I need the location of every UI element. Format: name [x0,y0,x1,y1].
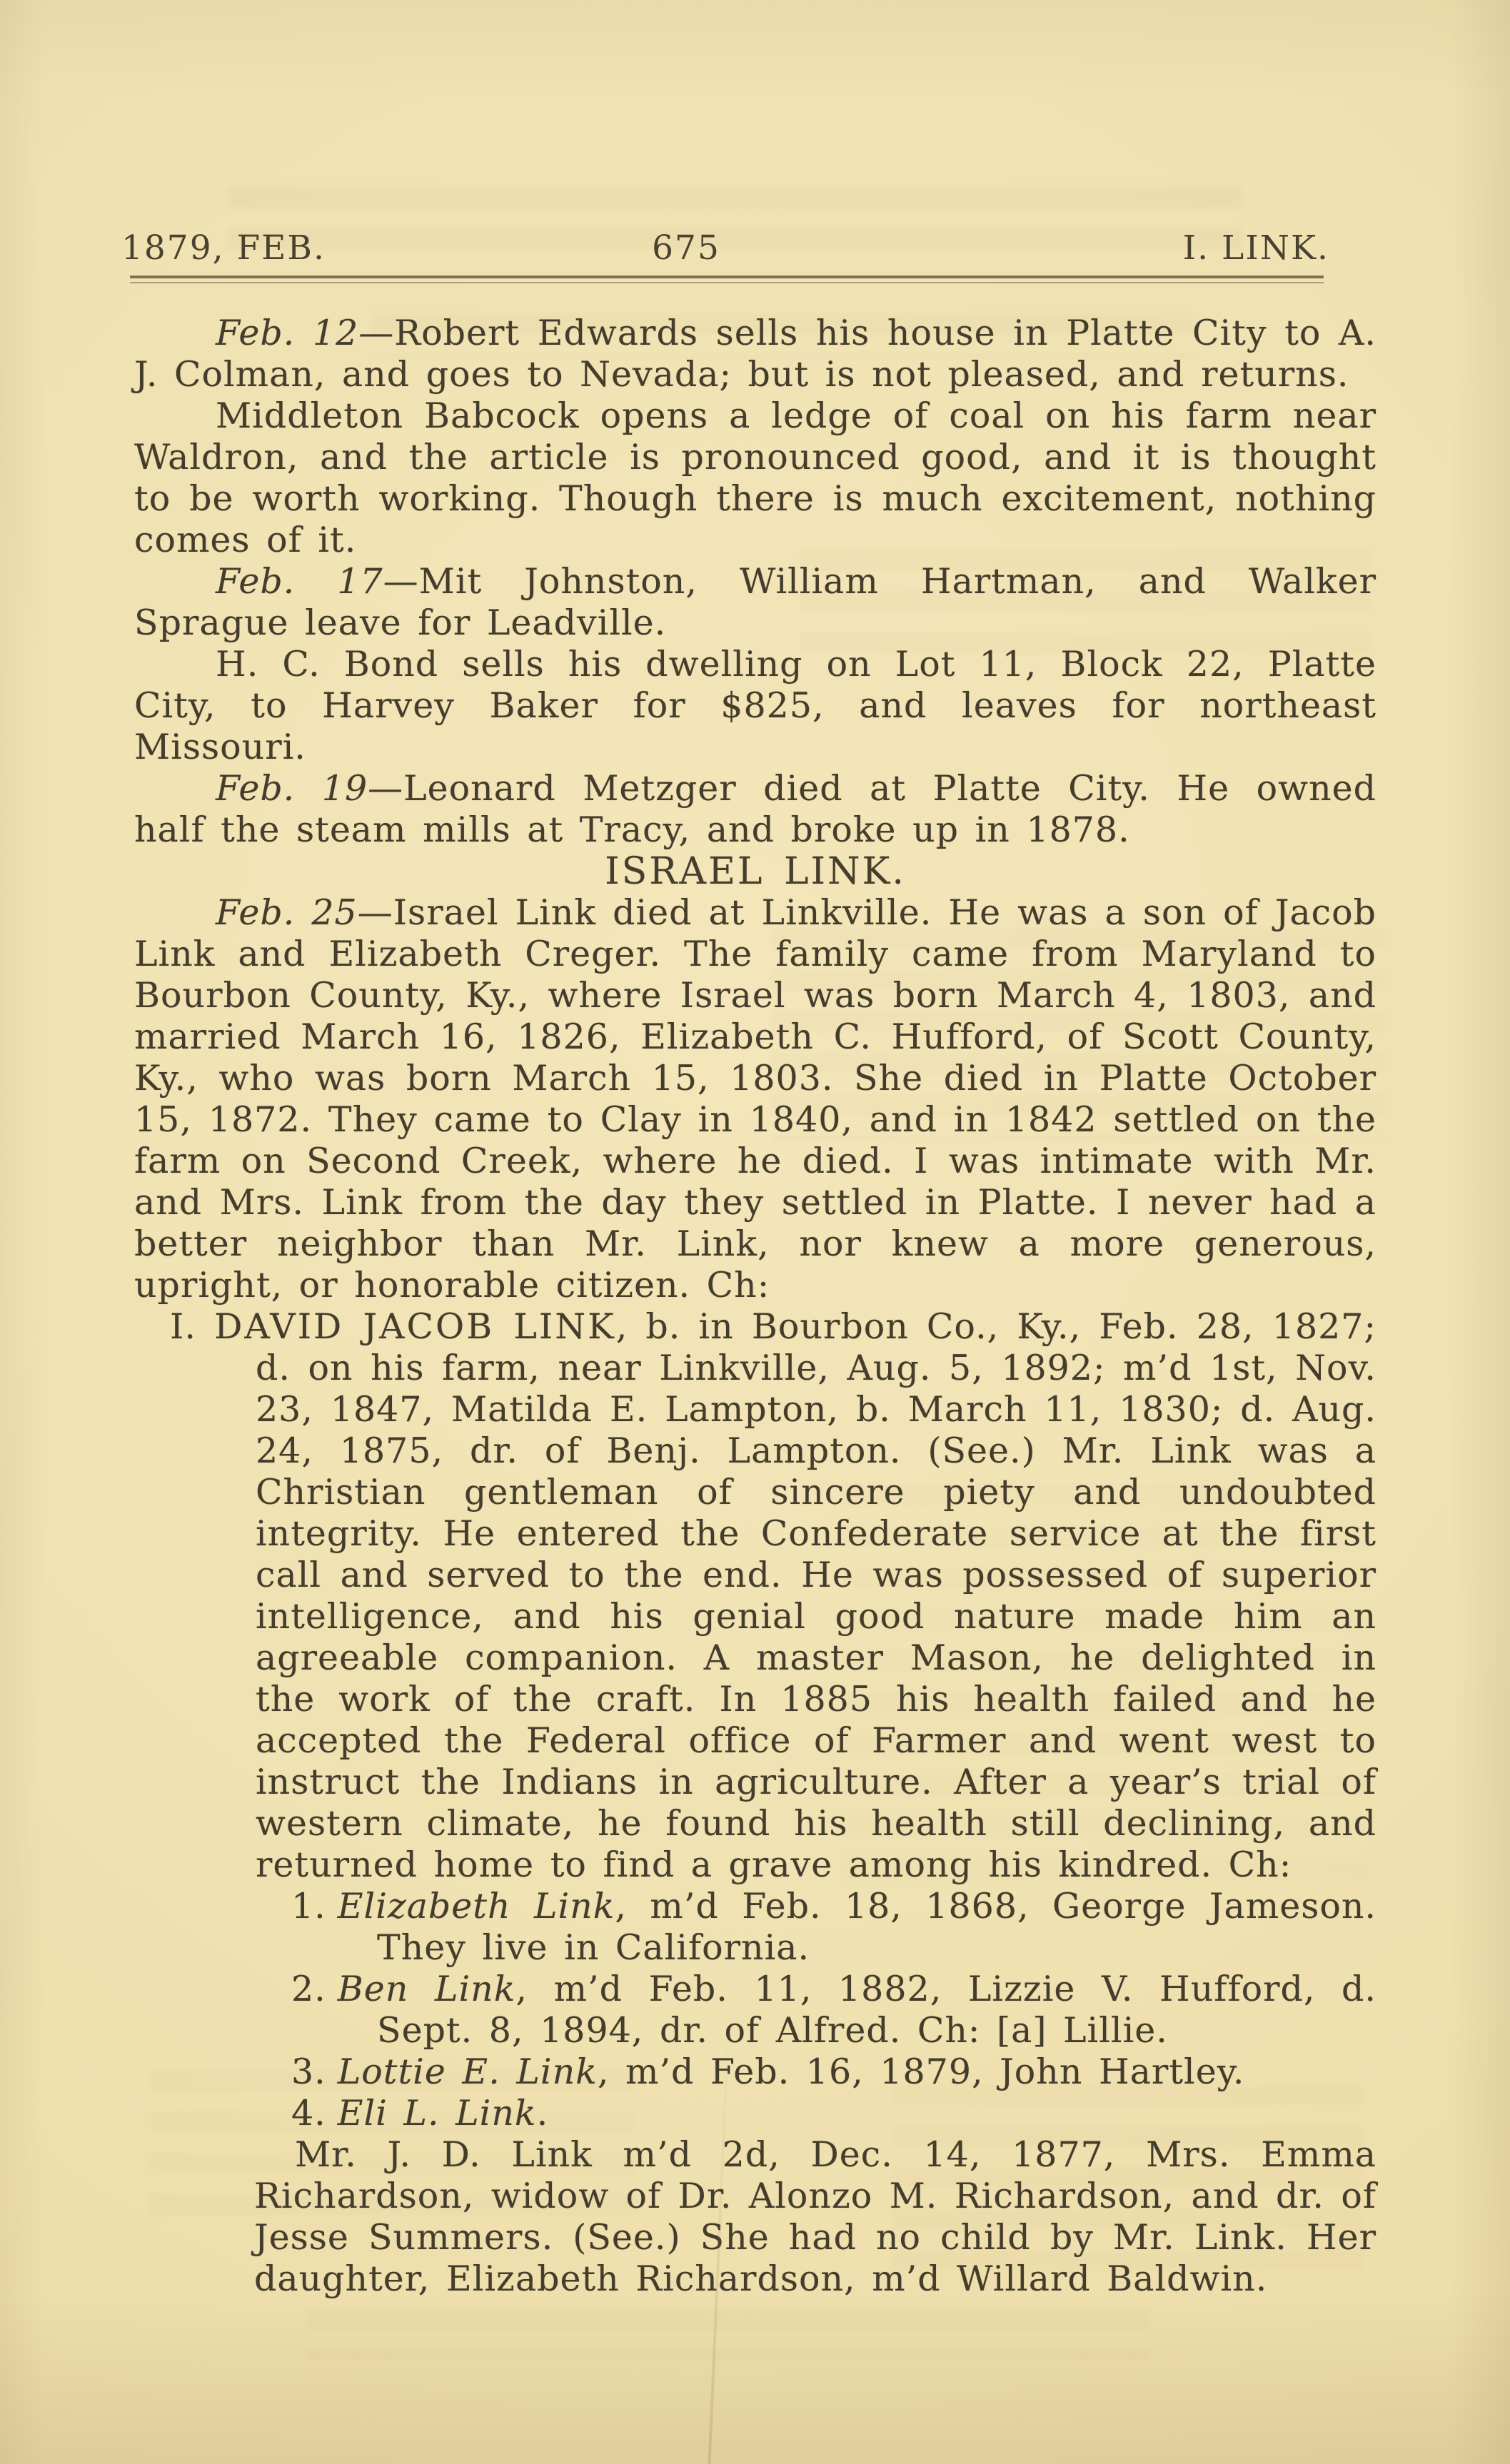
child-list-item-lottie: 3.Lottie E. Link, m’d Feb. 16, 1879, Joh… [134,2051,1376,2093]
child-name: Elizabeth Link [338,1886,615,1927]
child-name: Eli L. Link [338,2093,537,2134]
child-name: Lottie E. Link [338,2051,598,2092]
child-number: 4. [291,2093,326,2134]
entry-text: H. C. Bond sells his dwelling on Lot 11,… [134,644,1376,767]
entry-name-caps: DAVID JACOB LINK [214,1306,616,1347]
section-heading-israel-link: ISRAEL LINK. [134,851,1376,892]
child-list-item-ben: 2.Ben Link, m’d Feb. 11, 1882, Lizzie V.… [134,1969,1376,2051]
page-body: Feb. 12—Robert Edwards sells his house i… [134,313,1376,2300]
entry-roman-numeral: I. [170,1306,214,1347]
entry-date: Feb. 19 [216,768,368,809]
diary-entry-feb-17: Feb. 17—Mit Johnston, William Hartman, a… [134,561,1376,644]
child-list-item-elizabeth: 1.Elizabeth Link, m’d Feb. 18, 1868, Geo… [134,1886,1376,1969]
child-text: , m’d Feb. 16, 1879, John Hartley. [598,2051,1245,2092]
page-number: 675 [82,228,1290,268]
child-entry-david-jacob-link: I. DAVID JACOB LINK, b. in Bourbon Co., … [134,1306,1376,1886]
entry-text: , b. in Bourbon Co., Ky., Feb. 28, 1827;… [256,1306,1376,1885]
child-number: 1. [291,1886,326,1927]
entry-text: Middleton Babcock opens a ledge of coal … [134,395,1376,560]
running-head: 1879, FEB. 675 I. LINK. [121,228,1329,264]
child-text: , m’d Feb. 11, 1882, Lizzie V. Hufford, … [377,1969,1376,2051]
obituary-paragraph: Feb. 25—Israel Link died at Linkville. H… [134,892,1376,1306]
diary-entry-feb-19: Feb. 19—Leonard Metzger died at Platte C… [134,768,1376,851]
entry-date: Feb. 17 [216,561,383,602]
child-text: . [537,2093,549,2134]
entry-date: Feb. 25 [216,892,358,933]
obituary-text: —Israel Link died at Linkville. He was a… [134,892,1376,1306]
child-number: 3. [291,2051,326,2092]
diary-entry-feb-12: Feb. 12—Robert Edwards sells his house i… [134,313,1376,395]
show-through-ghost [307,2309,1149,2359]
header-rule [130,276,1324,283]
entry-date: Feb. 12 [216,313,358,353]
diary-entry-babcock-coal: Middleton Babcock opens a ledge of coal … [134,395,1376,561]
closing-paragraph: Mr. J. D. Link m’d 2d, Dec. 14, 1877, Mr… [134,2134,1376,2300]
child-name: Ben Link [338,1969,516,2009]
running-head-surname: I. LINK. [1183,228,1329,268]
child-list-item-eli: 4.Eli L. Link. [134,2093,1376,2134]
child-number: 2. [291,1969,326,2009]
diary-entry-bond-sale: H. C. Bond sells his dwelling on Lot 11,… [134,644,1376,768]
scanned-book-page: { "colors": { "paper": "#f0e1b1", "ink":… [0,0,1510,2464]
